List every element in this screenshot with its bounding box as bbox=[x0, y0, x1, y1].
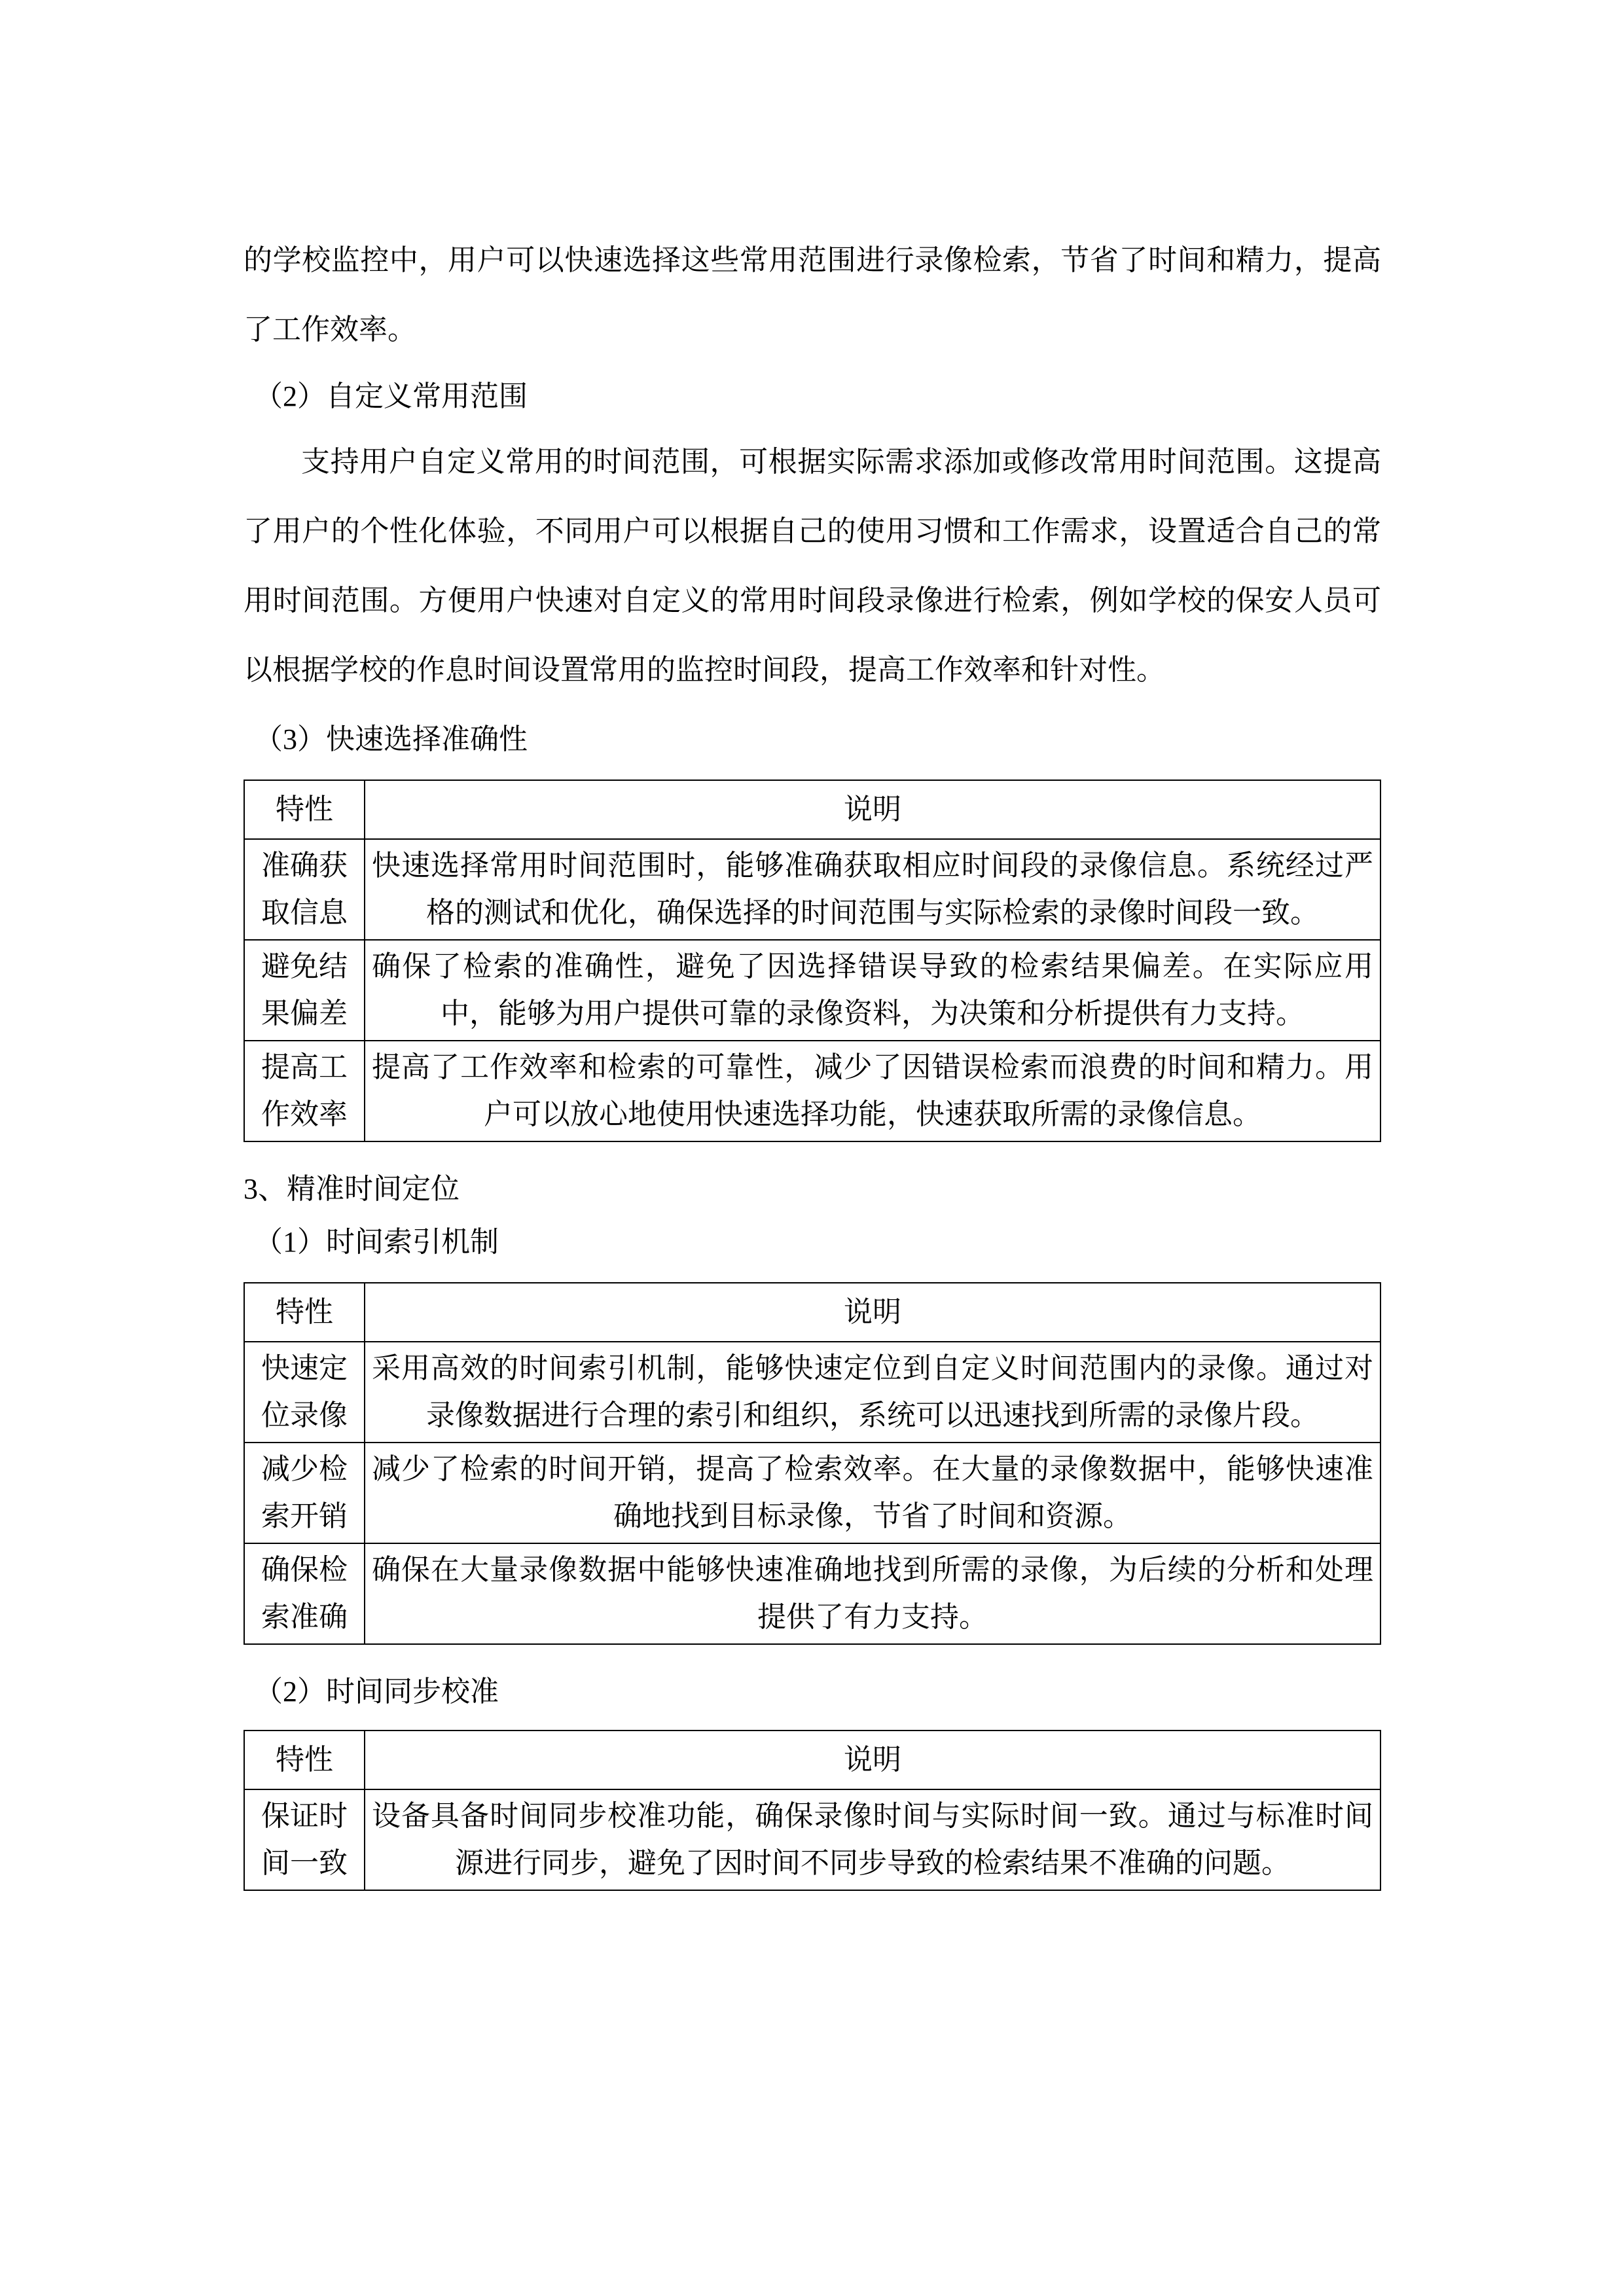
feature-cell: 减少检索开销 bbox=[244, 1443, 365, 1543]
table-row: 减少检索开销 减少了检索的时间开销，提高了检索效率。在大量的录像数据中，能够快速… bbox=[244, 1443, 1380, 1543]
time-index-table: 特性 说明 快速定位录像 采用高效的时间索引机制，能够快速定位到自定义时间范围内… bbox=[244, 1282, 1381, 1645]
paragraph-custom-range: 支持用户自定义常用的时间范围，可根据实际需求添加或修改常用时间范围。这提高了用户… bbox=[244, 427, 1381, 705]
document-page: 的学校监控中，用户可以快速选择这些常用范围进行录像检索，节省了时间和精力，提高了… bbox=[0, 0, 1624, 2296]
feature-cell: 提高工作效率 bbox=[244, 1041, 365, 1141]
heading-precise-time-positioning: 3、精准时间定位 bbox=[244, 1168, 1381, 1210]
time-sync-table: 特性 说明 保证时间一致 设备具备时间同步校准功能，确保录像时间与实际时间一致。… bbox=[244, 1730, 1381, 1891]
table-row: 快速定位录像 采用高效的时间索引机制，能够快速定位到自定义时间范围内的录像。通过… bbox=[244, 1342, 1380, 1443]
column-header-feature: 特性 bbox=[244, 1283, 365, 1342]
heading-time-index-mechanism: （1）时间索引机制 bbox=[244, 1219, 1381, 1265]
table-header-row: 特性 说明 bbox=[244, 1731, 1380, 1789]
description-cell: 确保在大量录像数据中能够快速准确地找到所需的录像，为后续的分析和处理提供了有力支… bbox=[365, 1543, 1380, 1644]
description-cell: 设备具备时间同步校准功能，确保录像时间与实际时间一致。通过与标准时间源进行同步，… bbox=[365, 1789, 1380, 1890]
table-row: 保证时间一致 设备具备时间同步校准功能，确保录像时间与实际时间一致。通过与标准时… bbox=[244, 1789, 1380, 1890]
feature-cell: 准确获取信息 bbox=[244, 839, 365, 940]
description-cell: 减少了检索的时间开销，提高了检索效率。在大量的录像数据中，能够快速准确地找到目标… bbox=[365, 1443, 1380, 1543]
column-header-feature: 特性 bbox=[244, 1731, 365, 1789]
heading-time-sync-calibration: （2）时间同步校准 bbox=[244, 1671, 1381, 1713]
quick-select-accuracy-table: 特性 说明 准确获取信息 快速选择常用时间范围时，能够准确获取相应时间段的录像信… bbox=[244, 780, 1381, 1142]
description-cell: 快速选择常用时间范围时，能够准确获取相应时间段的录像信息。系统经过严格的测试和优… bbox=[365, 839, 1380, 940]
table-row: 避免结果偏差 确保了检索的准确性，避免了因选择错误导致的检索结果偏差。在实际应用… bbox=[244, 940, 1380, 1041]
table-header-row: 特性 说明 bbox=[244, 780, 1380, 839]
description-cell: 提高了工作效率和检索的可靠性，减少了因错误检索而浪费的时间和精力。用户可以放心地… bbox=[365, 1041, 1380, 1141]
heading-quick-select-accuracy: （3）快速选择准确性 bbox=[244, 717, 1381, 762]
column-header-description: 说明 bbox=[365, 1731, 1380, 1789]
column-header-feature: 特性 bbox=[244, 780, 365, 839]
feature-cell: 确保检索准确 bbox=[244, 1543, 365, 1644]
feature-cell: 保证时间一致 bbox=[244, 1789, 365, 1890]
table-row: 确保检索准确 确保在大量录像数据中能够快速准确地找到所需的录像，为后续的分析和处… bbox=[244, 1543, 1380, 1644]
feature-cell: 避免结果偏差 bbox=[244, 940, 365, 1041]
paragraph-continuation: 的学校监控中，用户可以快速选择这些常用范围进行录像检索，节省了时间和精力，提高了… bbox=[244, 226, 1381, 365]
heading-custom-range: （2）自定义常用范围 bbox=[244, 374, 1381, 420]
column-header-description: 说明 bbox=[365, 780, 1380, 839]
column-header-description: 说明 bbox=[365, 1283, 1380, 1342]
table-row: 提高工作效率 提高了工作效率和检索的可靠性，减少了因错误检索而浪费的时间和精力。… bbox=[244, 1041, 1380, 1141]
table-header-row: 特性 说明 bbox=[244, 1283, 1380, 1342]
feature-cell: 快速定位录像 bbox=[244, 1342, 365, 1443]
description-cell: 确保了检索的准确性，避免了因选择错误导致的检索结果偏差。在实际应用中，能够为用户… bbox=[365, 940, 1380, 1041]
table-row: 准确获取信息 快速选择常用时间范围时，能够准确获取相应时间段的录像信息。系统经过… bbox=[244, 839, 1380, 940]
description-cell: 采用高效的时间索引机制，能够快速定位到自定义时间范围内的录像。通过对录像数据进行… bbox=[365, 1342, 1380, 1443]
